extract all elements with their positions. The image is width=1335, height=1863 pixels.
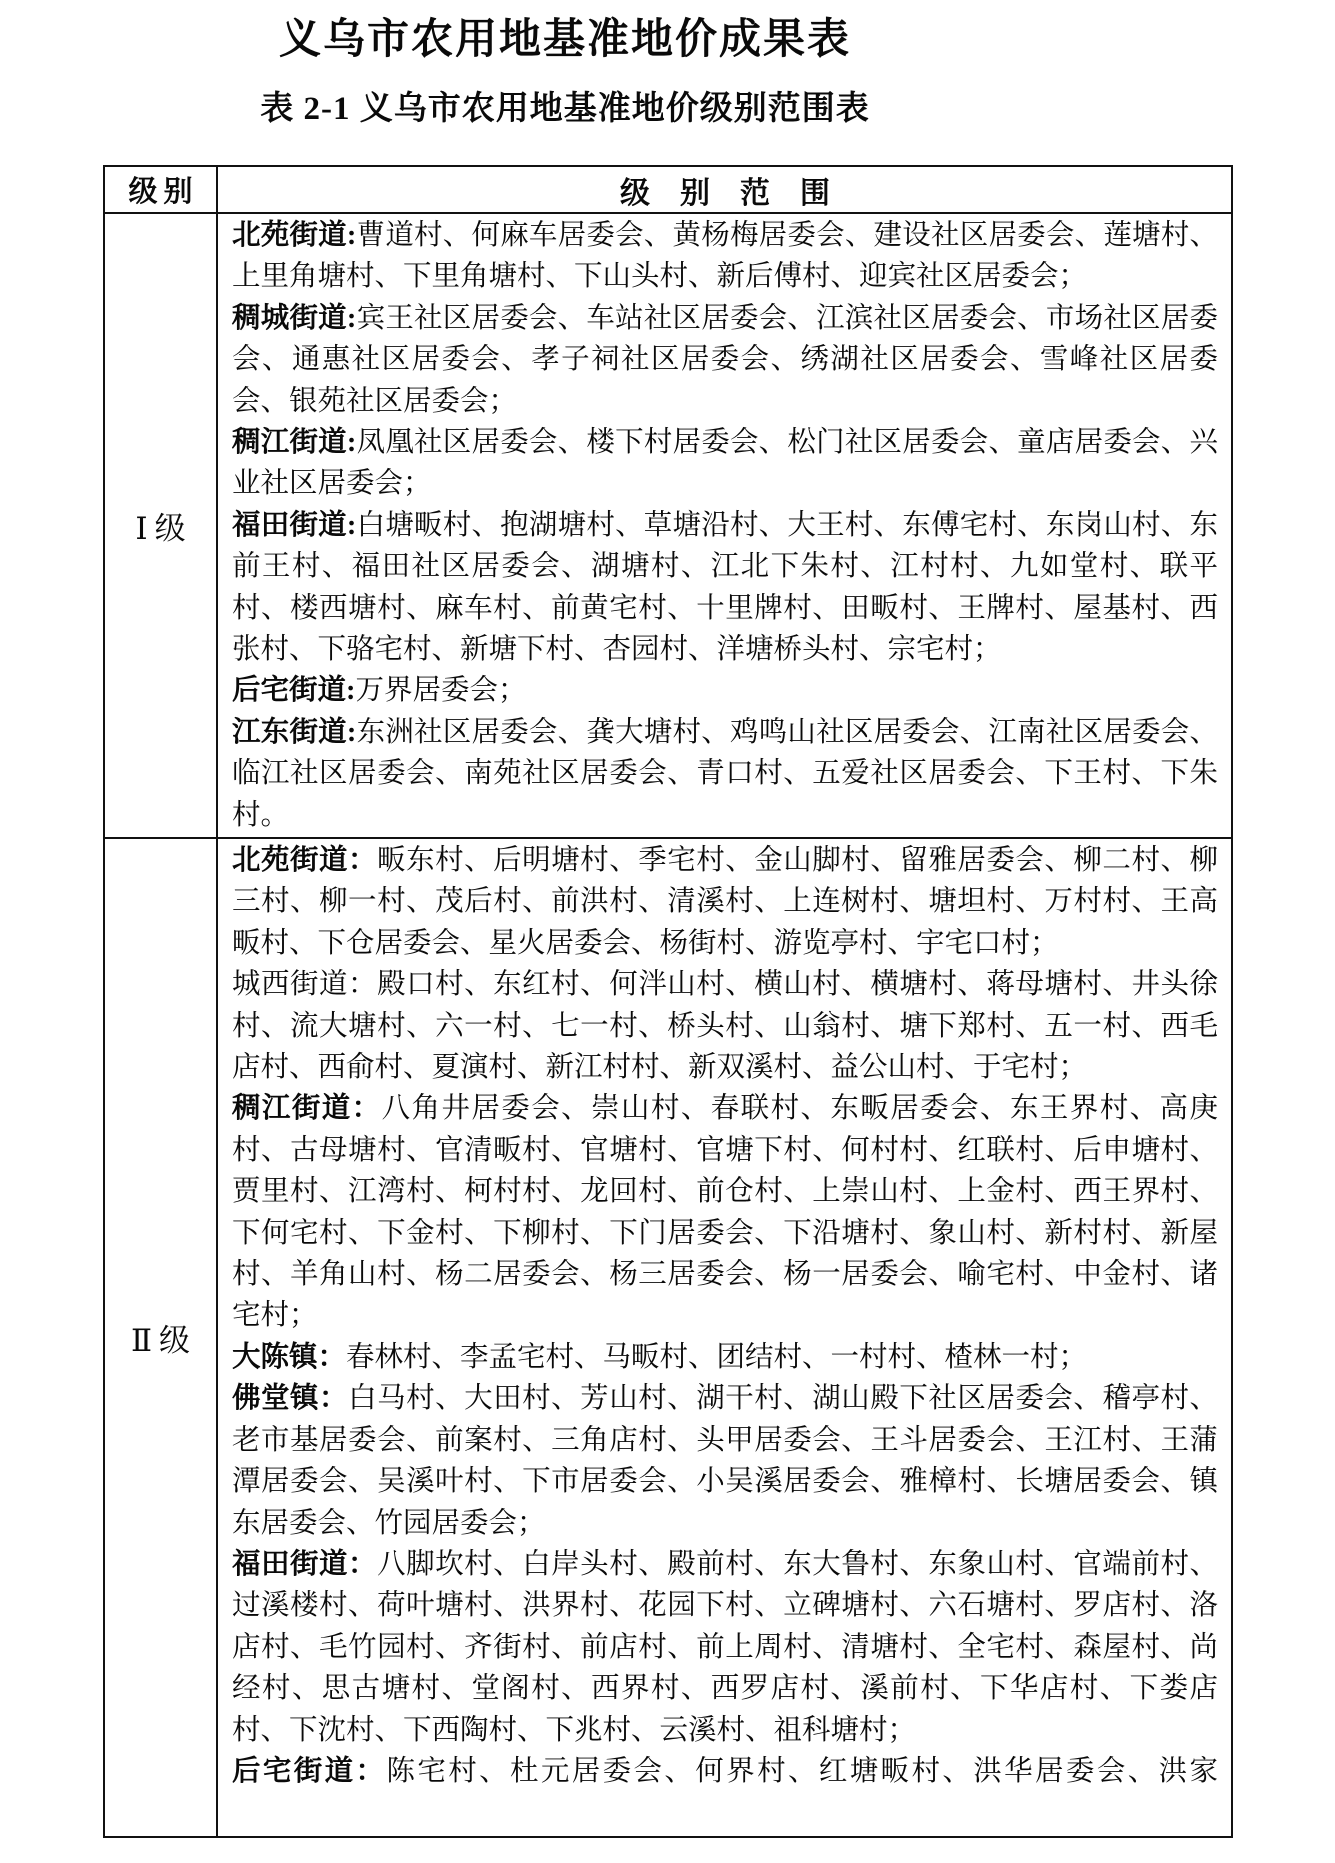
table-row-level-1: Ⅰ级 北苑街道:曹道村、何麻车居委会、黄杨梅居委会、建设社区居委会、莲塘村、上里…: [105, 212, 1231, 837]
district-paragraph: 北苑街道：畈东村、后明塘村、季宅村、金山脚村、留雅居委会、柳二村、柳三村、柳一村…: [232, 840, 1218, 964]
village-list: 凤凰社区居委会、楼下村居委会、松门社区居委会、童店居委会、兴业社区居委会；: [232, 427, 1218, 499]
village-list: 白塘畈村、抱湖塘村、草塘沿村、大王村、东傅宅村、东岗山村、东前王村、福田社区居委…: [232, 510, 1218, 665]
page-title: 义乌市农用地基准地价成果表: [0, 6, 1130, 66]
district-paragraph: 稠江街道:凤凰社区居委会、楼下村居委会、松门社区居委会、童店居委会、兴业社区居委…: [232, 422, 1218, 505]
district-paragraph: 江东街道:东洲社区居委会、龚大塘村、鸡鸣山社区居委会、江南社区居委会、临江社区居…: [232, 712, 1218, 836]
district-paragraph: 佛堂镇：白马村、大田村、芳山村、湖干村、湖山殿下社区居委会、稽亭村、老市基居委会…: [232, 1378, 1218, 1544]
table-header-row: 级别 级 别 范 围: [105, 167, 1231, 212]
header-level-cell: 级别: [105, 167, 218, 212]
district-paragraph: 北苑街道:曹道村、何麻车居委会、黄杨梅居委会、建设社区居委会、莲塘村、上里角塘村…: [232, 215, 1218, 298]
district-paragraph: 后宅街道:万界居委会；: [232, 670, 1218, 711]
village-list: 白马村、大田村、芳山村、湖干村、湖山殿下社区居委会、稽亭村、老市基居委会、前案村…: [232, 1383, 1218, 1538]
level-2-range-cell: 北苑街道：畈东村、后明塘村、季宅村、金山脚村、留雅居委会、柳二村、柳三村、柳一村…: [218, 839, 1231, 1836]
village-list: 畈东村、后明塘村、季宅村、金山脚村、留雅居委会、柳二村、柳三村、柳一村、茂后村、…: [232, 845, 1218, 959]
village-list: 八角井居委会、崇山村、春联村、东畈居委会、东王界村、高庚村、古母塘村、官清畈村、…: [232, 1093, 1218, 1331]
district-name: 稠江街道:: [232, 427, 356, 458]
district-paragraph: 大陈镇：春林村、李孟宅村、马畈村、团结村、一村村、楂林一村；: [232, 1337, 1218, 1378]
village-list: 宾王社区居委会、车站社区居委会、江滨社区居委会、市场社区居委会、通惠社区居委会、…: [232, 303, 1218, 417]
district-paragraph: 福田街道：八脚坎村、白岸头村、殿前村、东大鲁村、东象山村、官端前村、过溪楼村、荷…: [232, 1544, 1218, 1751]
land-price-level-table: 级别 级 别 范 围 Ⅰ级 北苑街道:曹道村、何麻车居委会、黄杨梅居委会、建设社…: [103, 165, 1233, 1838]
district-paragraph: 城西街道：殿口村、东红村、何泮山村、横山村、横塘村、蒋母塘村、井头徐村、流大塘村…: [232, 964, 1218, 1088]
village-list: 春林村、李孟宅村、马畈村、团结村、一村村、楂林一村；: [346, 1342, 1087, 1373]
village-list: 东洲社区居委会、龚大塘村、鸡鸣山社区居委会、江南社区居委会、临江社区居委会、南苑…: [232, 717, 1218, 831]
district-paragraph: 稠城街道:宾王社区居委会、车站社区居委会、江滨社区居委会、市场社区居委会、通惠社…: [232, 298, 1218, 422]
district-name: 稠江街道：: [232, 1093, 382, 1124]
district-name: 后宅街道:: [232, 675, 356, 706]
district-paragraph: 福田街道:白塘畈村、抱湖塘村、草塘沿村、大王村、东傅宅村、东岗山村、东前王村、福…: [232, 505, 1218, 671]
district-name: 福田街道:: [232, 510, 356, 541]
district-name: 江东街道:: [232, 717, 356, 748]
village-list: 万界居委会；: [356, 675, 527, 706]
village-list: 曹道村、何麻车居委会、黄杨梅居委会、建设社区居委会、莲塘村、上里角塘村、下里角塘…: [232, 220, 1218, 292]
header-range-cell: 级 别 范 围: [218, 167, 1231, 212]
district-name: 城西街道：: [232, 969, 377, 1000]
level-2-label: Ⅱ级: [124, 1315, 197, 1360]
table-caption: 表 2-1 义乌市农用地基准地价级别范围表: [0, 82, 1130, 129]
district-name: 后宅街道：: [232, 1756, 386, 1787]
level-2-cell: Ⅱ级: [105, 839, 218, 1836]
district-name: 稠城街道:: [232, 303, 356, 334]
district-name: 佛堂镇：: [232, 1383, 348, 1414]
district-name: 大陈镇：: [232, 1342, 346, 1373]
district-name: 福田街道：: [232, 1549, 377, 1580]
level-1-label: Ⅰ级: [128, 503, 192, 548]
district-name: 北苑街道：: [232, 845, 377, 876]
village-list: 陈宅村、杜元居委会、何界村、红塘畈村、洪华居委会、洪家: [386, 1756, 1218, 1787]
district-paragraph-cutoff: 后宅街道：陈宅村、杜元居委会、何界村、红塘畈村、洪华居委会、洪家: [232, 1751, 1218, 1792]
level-1-range-cell: 北苑街道:曹道村、何麻车居委会、黄杨梅居委会、建设社区居委会、莲塘村、上里角塘村…: [218, 214, 1231, 837]
village-list: 八脚坎村、白岸头村、殿前村、东大鲁村、东象山村、官端前村、过溪楼村、荷叶塘村、洪…: [232, 1549, 1218, 1746]
level-1-cell: Ⅰ级: [105, 214, 218, 837]
district-name: 北苑街道:: [232, 220, 356, 251]
district-paragraph: 稠江街道：八角井居委会、崇山村、春联村、东畈居委会、东王界村、高庚村、古母塘村、…: [232, 1088, 1218, 1336]
table-row-level-2: Ⅱ级 北苑街道：畈东村、后明塘村、季宅村、金山脚村、留雅居委会、柳二村、柳三村、…: [105, 837, 1231, 1836]
village-list: 殿口村、东红村、何泮山村、横山村、横塘村、蒋母塘村、井头徐村、流大塘村、六一村、…: [232, 969, 1218, 1083]
